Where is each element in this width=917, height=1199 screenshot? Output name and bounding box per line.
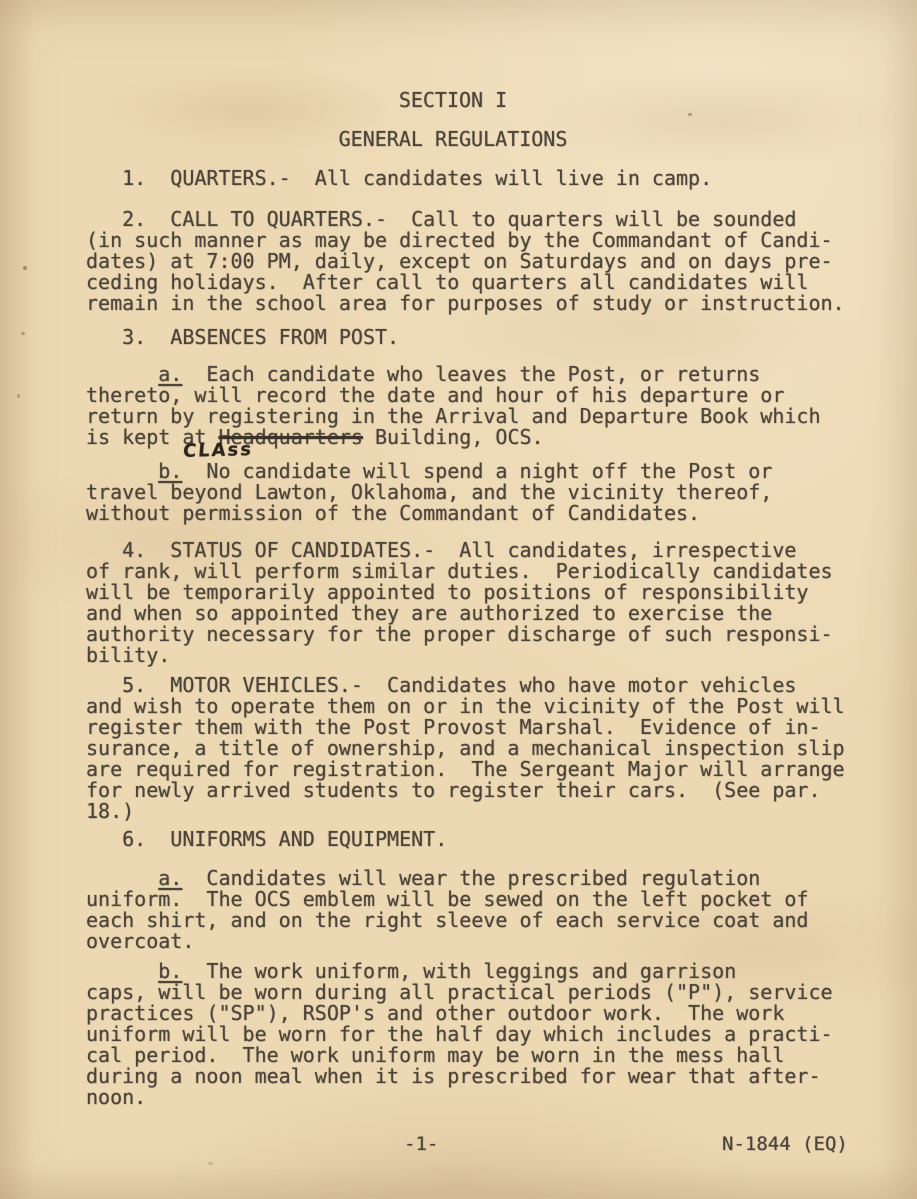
page-number: -1-	[404, 1134, 524, 1155]
sub-paragraph-text: uniform. The OCS emblem will be sewed on…	[86, 887, 808, 953]
document-reference-number: N-1844 (EQ)	[722, 1134, 912, 1155]
paragraph-call-to-quarters: 2. CALL TO QUARTERS.- Call to quarters w…	[86, 209, 908, 314]
paragraph-uniforms-b: b. The work uniform, with leggings and g…	[86, 961, 908, 1108]
paragraph-status-of-candidates: 4. STATUS OF CANDIDATES.- All candidates…	[86, 540, 908, 666]
paper-speck	[21, 332, 25, 335]
document-page: SECTION I GENERAL REGULATIONS 1. QUARTER…	[0, 0, 917, 1199]
paragraph-absences-a: a. Each candidate who leaves the Post, o…	[86, 364, 908, 448]
paragraph-uniforms-a: a. Candidates will wear the prescribed r…	[86, 868, 908, 952]
paragraph-uniforms-heading: 6. UNIFORMS AND EQUIPMENT.	[86, 829, 908, 850]
sub-paragraph-text: travel beyond Lawton, Oklahoma, and the …	[86, 480, 772, 525]
paper-speck	[23, 266, 27, 270]
paragraph-absences-b: b. No candidate will spend a night off t…	[86, 461, 908, 524]
paper-speck	[17, 394, 20, 398]
paper-speck	[208, 1162, 213, 1165]
paragraph-quarters: 1. QUARTERS.- All candidates will live i…	[86, 168, 908, 189]
document-subtitle: GENERAL REGULATIONS	[0, 129, 906, 150]
paper-speck	[688, 113, 692, 116]
paragraph-motor-vehicles: 5. MOTOR VEHICLES.- Candidates who have …	[86, 675, 908, 822]
sub-paragraph-text: Building, OCS.	[363, 425, 544, 449]
section-title: SECTION I	[0, 90, 906, 111]
sub-paragraph-text: caps, will be worn during all practical …	[86, 980, 833, 1109]
paragraph-absences-heading: 3. ABSENCES FROM POST.	[86, 327, 908, 348]
